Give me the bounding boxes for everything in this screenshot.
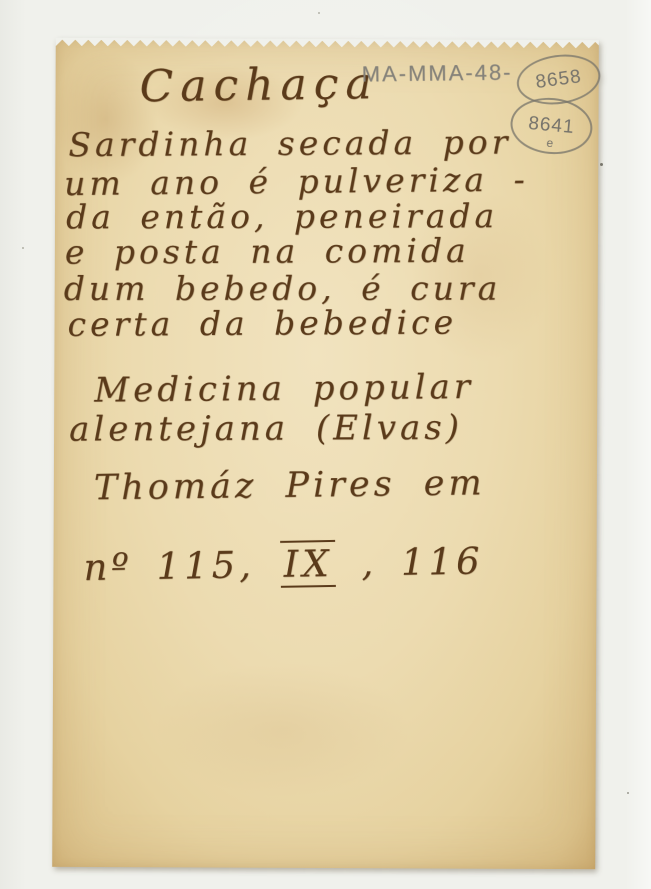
numbering-stamp: 8641 e <box>508 94 595 157</box>
document-title: Cachaça <box>139 58 379 112</box>
author-line: Thomáz Pires em <box>94 463 486 508</box>
dust-speck <box>627 792 629 794</box>
paper-surface: Cachaça MA-MMA-48- 8658 8641 e Sardinha … <box>52 39 599 869</box>
reference-prefix: nº <box>83 545 133 589</box>
dust-speck <box>22 247 24 249</box>
reference-number: 115, <box>156 543 255 588</box>
paper-stain <box>112 639 453 820</box>
reference-number: , 116 <box>361 540 484 585</box>
source-line: alentejana (Elvas) <box>69 408 463 450</box>
catalog-code: MA-MMA-48- <box>361 59 512 87</box>
handwritten-line: Sardinha secada por <box>68 122 511 164</box>
note-paper: Cachaça MA-MMA-48- 8658 8641 e Sardinha … <box>52 39 599 869</box>
stamp-subscript: e <box>546 136 554 151</box>
dust-speck <box>600 163 603 166</box>
reference-line: nº 115, IX , 116 <box>83 540 484 590</box>
handwritten-line: e posta na comida <box>65 231 470 272</box>
source-line: Medicina popular <box>94 367 474 411</box>
handwritten-line: certa da bebedice <box>67 303 457 344</box>
reference-roman-numeral: IX <box>280 540 336 588</box>
torn-edge <box>56 38 599 49</box>
stamp-number: 8658 <box>534 65 583 93</box>
dust-speck <box>318 12 320 14</box>
